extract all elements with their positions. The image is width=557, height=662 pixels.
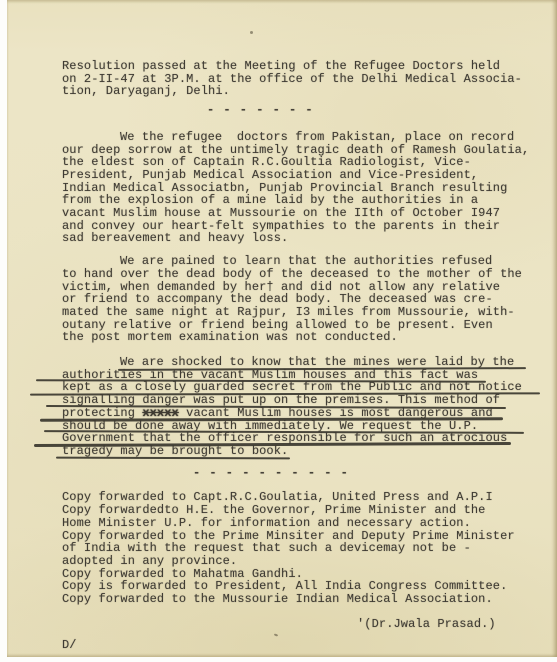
copy-forwarded-list: Copy forwarded to Capt.R.C.Goulatia, Uni… [62, 491, 557, 618]
signature: '(Dr.Jwala Prasad.) [62, 618, 557, 631]
text-line: Copy forwarded to the Mussourie Indian M… [62, 593, 557, 606]
text-line: the post mortem examination was not cond… [62, 331, 557, 344]
text-line: sad bereavement and heavy loss. [62, 232, 557, 245]
paragraph-shocked-underlined: We are shocked to know that the mines we… [62, 356, 557, 458]
paper-speck [274, 633, 278, 636]
paragraph-pained: We are pained to learn that the authorit… [62, 255, 557, 344]
paragraph-sorrow: We the refugee doctors from Pakistan, pl… [62, 131, 557, 245]
scanned-document: Resolution passed at the Meeting of the … [0, 0, 557, 662]
resolution-heading: Resolution passed at the Meeting of the … [62, 60, 557, 98]
reference-mark: D/ [62, 639, 557, 652]
paper-sheet: Resolution passed at the Meeting of the … [7, 0, 557, 657]
dash-separator-bottom: - - - - - - - - - - [62, 467, 557, 480]
text-line: tragedy may be brought to book. [62, 445, 557, 458]
paper-speck [250, 31, 253, 34]
text-line: tion, Daryaganj, Delhi. [62, 85, 557, 98]
dash-separator-top: - - - - - - - [62, 104, 557, 117]
